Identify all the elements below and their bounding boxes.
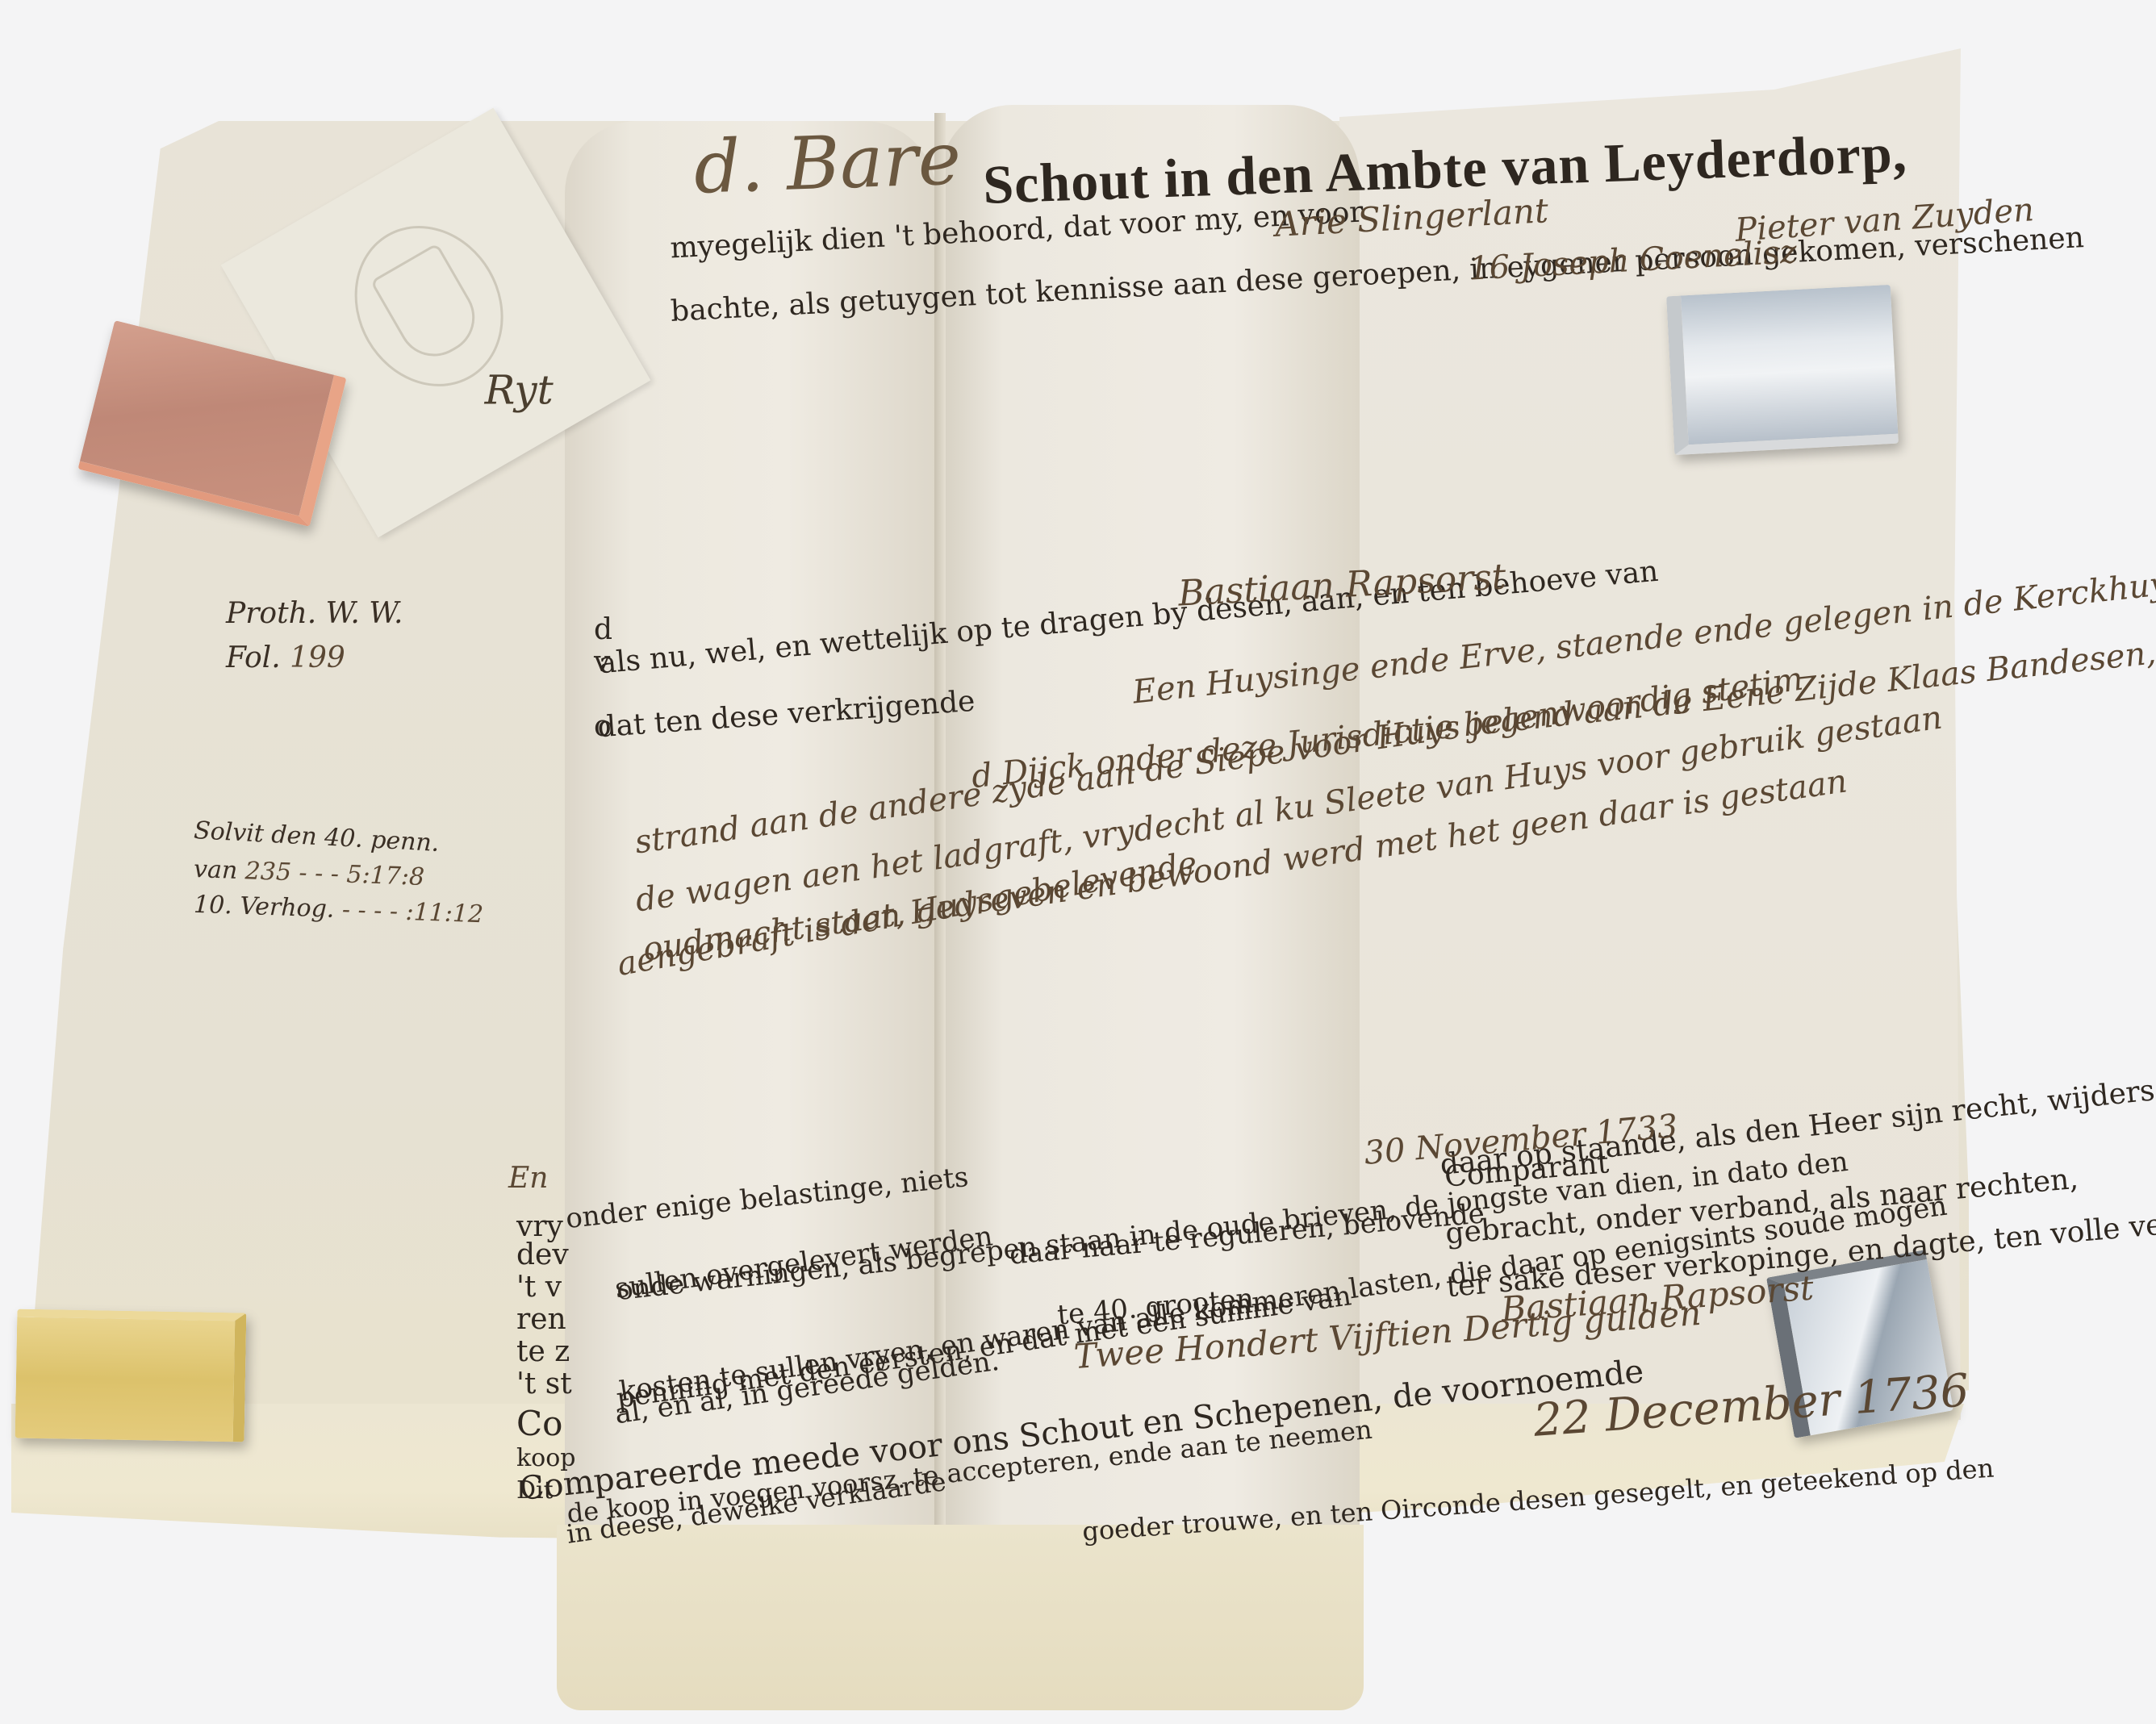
brass-weight-block <box>15 1309 247 1442</box>
margin-fragment: Co <box>516 1404 562 1443</box>
margin-fragment: En <box>508 1162 548 1195</box>
folio-label: Fol. <box>226 641 281 674</box>
verhog-value: - - - - :11:12 <box>341 895 483 929</box>
margin-fragment: 't st <box>516 1367 572 1400</box>
seal-signature: Ryt <box>485 367 554 414</box>
margin-fragment: ren <box>516 1303 566 1336</box>
margin-fragment: koop <box>516 1444 576 1472</box>
van-label: van <box>193 855 237 885</box>
margin-fragment: o <box>594 710 612 743</box>
aluminium-weight-block <box>1666 285 1899 455</box>
prot-note: Proth. W. W. <box>226 597 403 630</box>
verhog-label: 10. Verhog. <box>193 891 334 924</box>
margin-fragment: d <box>594 613 612 646</box>
margin-fragment: 't v <box>516 1271 562 1304</box>
folio-value: 199 <box>290 641 345 674</box>
handwritten-flourish: d. Bare <box>692 116 962 210</box>
margin-fragment: Dit <box>516 1476 554 1505</box>
margin-fragment: dev <box>516 1238 569 1271</box>
margin-fragment: v <box>594 645 610 678</box>
fold-bottom-band <box>557 1525 1364 1710</box>
folio-note: Fol. 199 <box>226 641 345 674</box>
margin-fragment: te z <box>516 1335 570 1368</box>
